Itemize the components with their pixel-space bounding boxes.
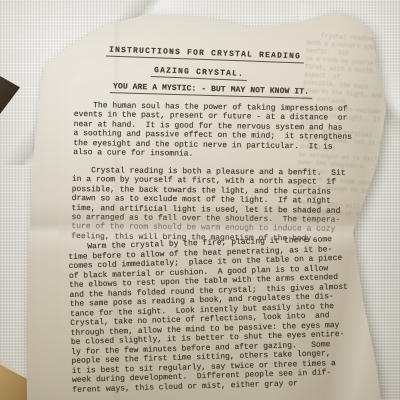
paper-shadow: Crystal reading is both a pleasure and a… xyxy=(0,0,400,400)
document-subtitle: GAZING CRYSTAL. xyxy=(151,66,247,81)
typed-instruction-sheet: Crystal reading is both a pleasure and a… xyxy=(0,0,400,400)
fold-crease-highlight xyxy=(58,215,370,241)
paragraph-gazing-method: Warm the crystal by the fire, placing it… xyxy=(68,235,351,395)
document-title: INSTRUCTIONS FOR CRYSTAL READING xyxy=(106,46,304,64)
document-tagline: YOU ARE A MYSTIC: - BUT MAY NOT KNOW IT. xyxy=(110,82,312,99)
photo-of-typed-page: Crystal reading is both a pleasure and a… xyxy=(0,0,400,400)
paragraph-soul-impressions: The human soul has the power of taking i… xyxy=(73,101,352,161)
